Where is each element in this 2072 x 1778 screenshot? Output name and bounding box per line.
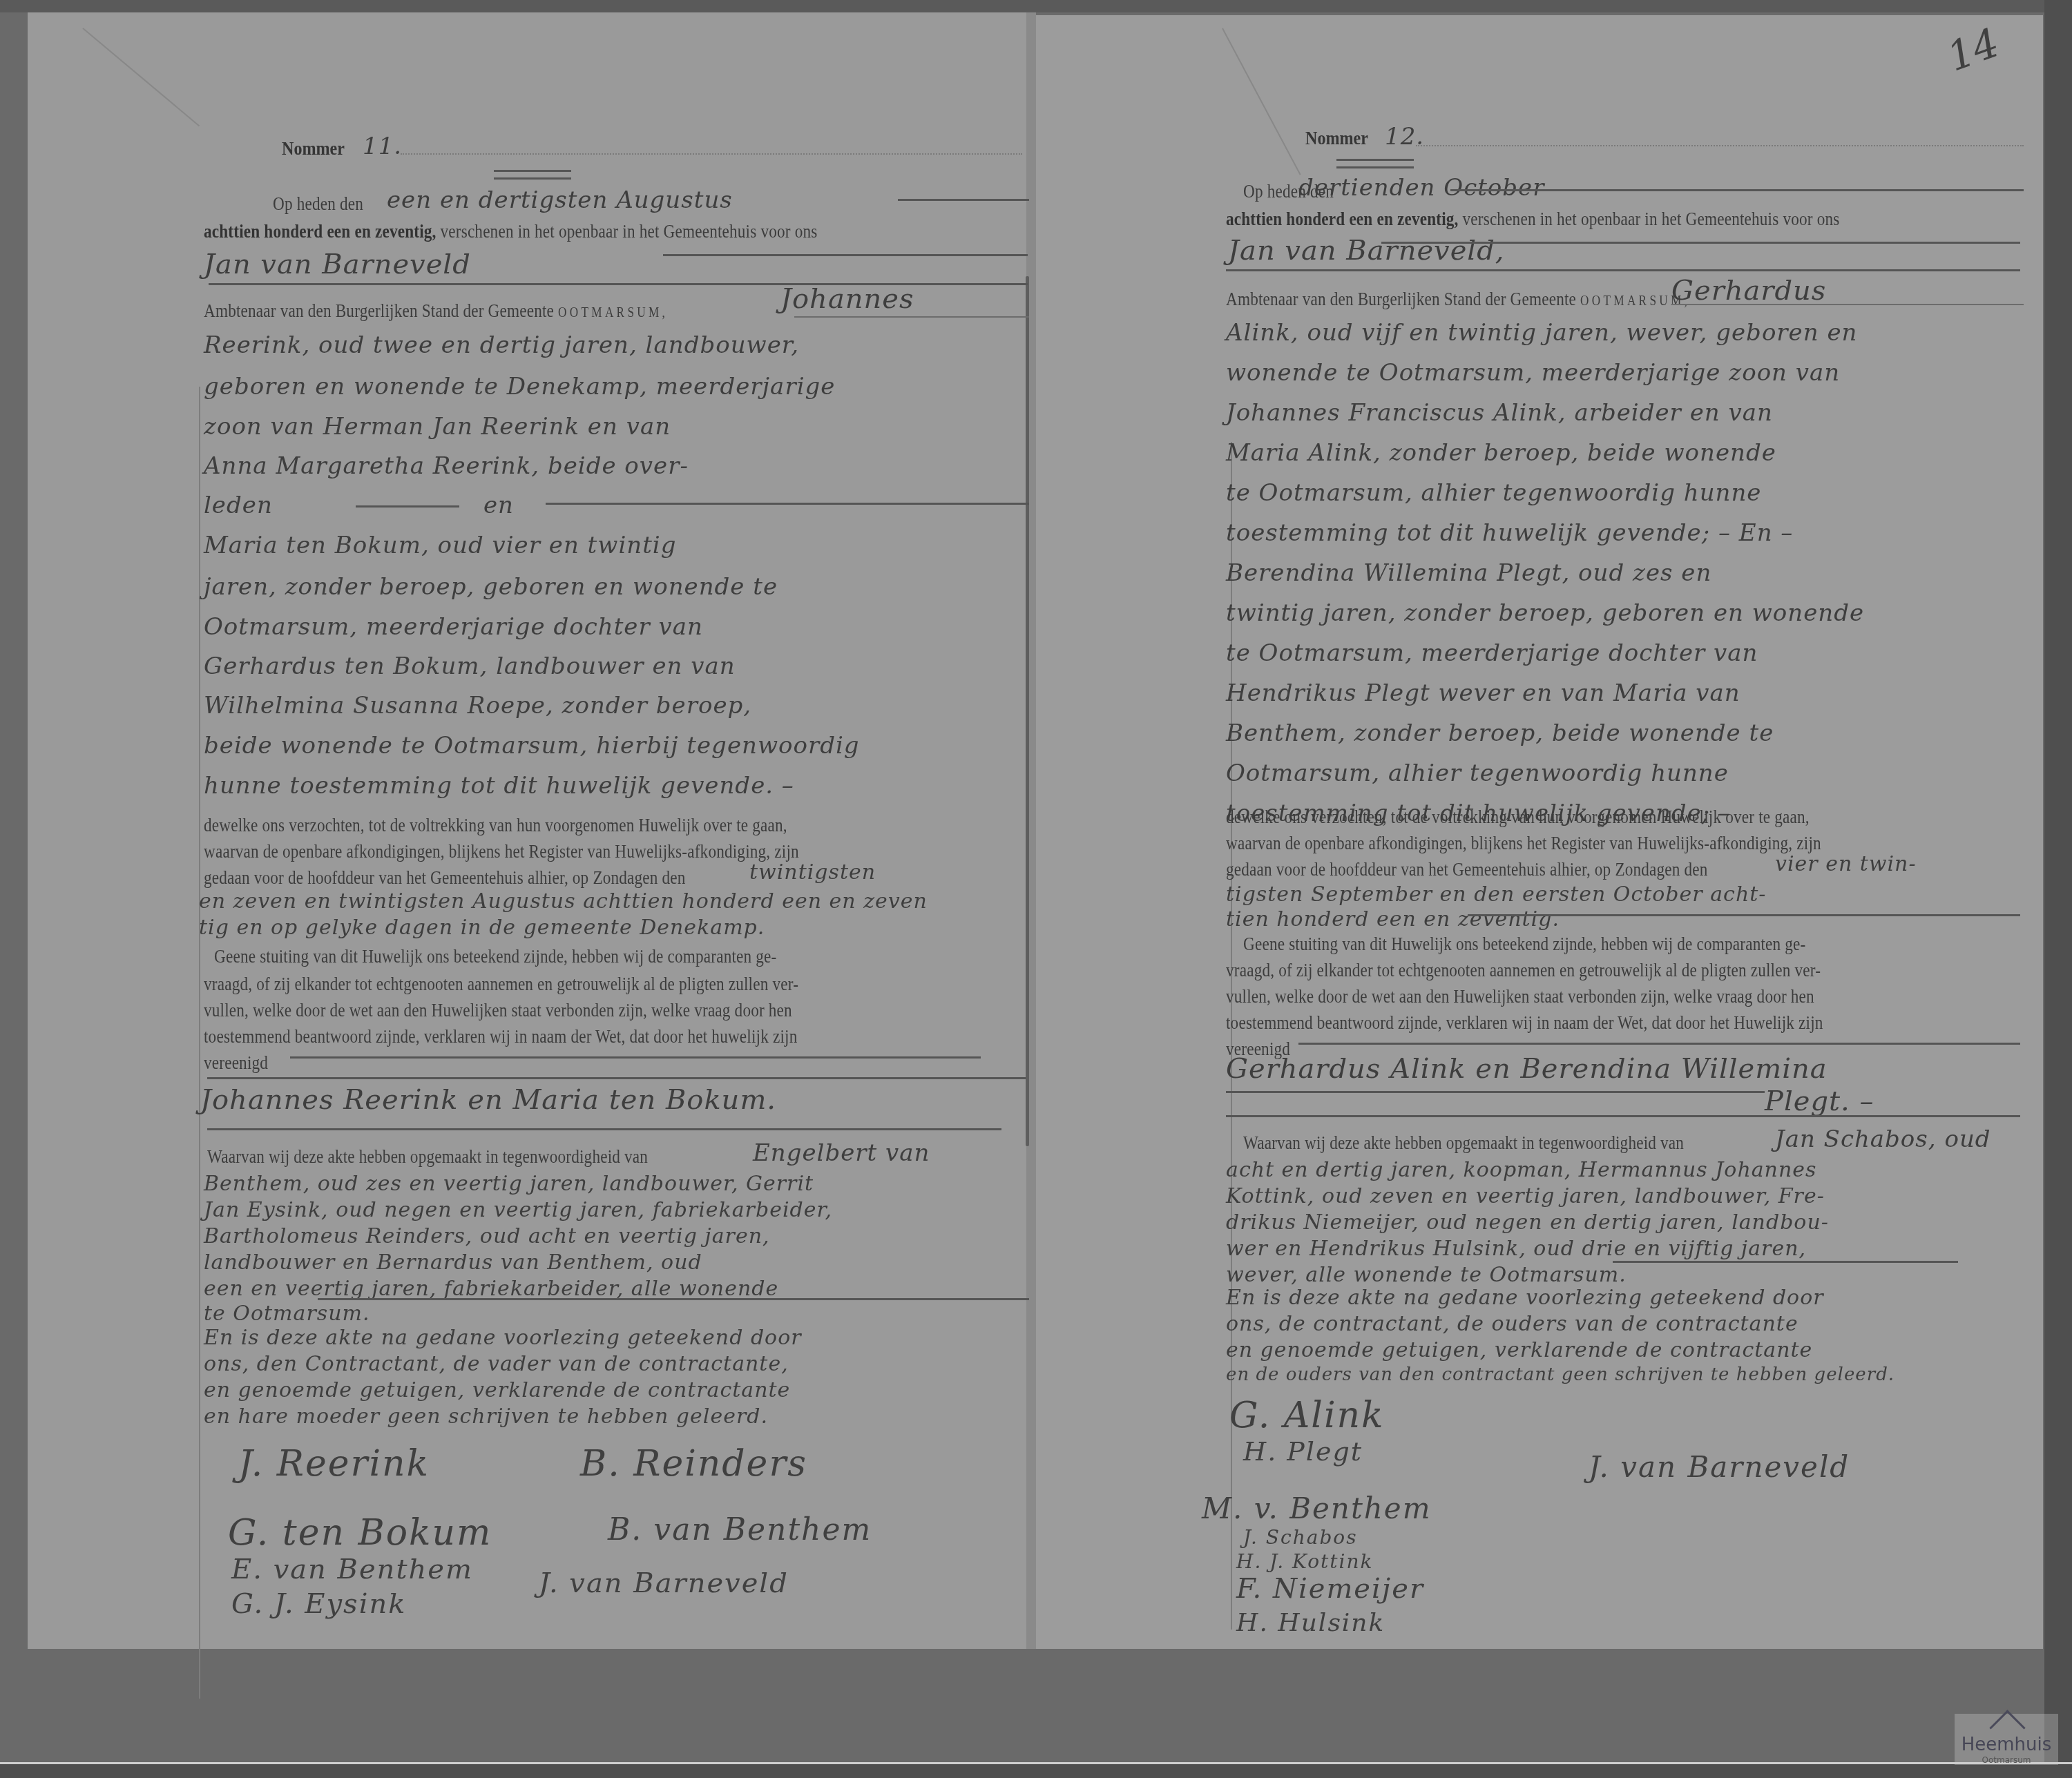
- printed-line: vullen, welke door de wet aan den Huweli…: [1226, 986, 1814, 1007]
- signature: H. Plegt: [1243, 1436, 1363, 1467]
- handwritten-line: Maria ten Bokum, oud vier en twintig: [204, 532, 676, 559]
- printed-line: vraagd, of zij elkander tot echtgenooten…: [204, 974, 798, 995]
- handwritten-line: en: [483, 492, 514, 519]
- handwritten-line: Reerink, oud twee en dertig jaren, landb…: [204, 331, 799, 359]
- year-bold: achttien honderd een en zeventig,: [204, 221, 437, 242]
- fill-rule: [1298, 1043, 2020, 1045]
- official-name: Jan van Barneveld: [204, 249, 471, 280]
- printed-line: Waarvan wij deze akte hebben opgemaakt i…: [207, 1146, 648, 1168]
- fill-rule: [207, 1077, 1026, 1079]
- signature: G. Alink: [1229, 1395, 1385, 1436]
- nummer-value: 11.: [363, 133, 402, 160]
- signature: F. Niemeijer: [1236, 1573, 1424, 1605]
- printed-line: Geene stuiting van dit Huwelijk ons bete…: [1243, 934, 1805, 955]
- printed-line: Waarvan wij deze akte hebben opgemaakt i…: [1243, 1132, 1684, 1154]
- scanner-top-edge: [0, 0, 2072, 12]
- ambtenaar-text: Ambtenaar van den Burgerlijken Stand der…: [204, 300, 554, 321]
- handwritten-line: een en veertig jaren, fabriekarbeider, a…: [204, 1277, 778, 1301]
- printed-line: dewelke ons verzochten, tot de voltrekki…: [204, 815, 787, 836]
- handwritten-line: wonende te Ootmarsum, meerderjarige zoon…: [1226, 359, 1840, 387]
- handwritten-line: Johannes Franciscus Alink, arbeider en v…: [1226, 399, 1773, 427]
- handwritten-line: tig en op gelyke dagen in de gemeente De…: [199, 916, 765, 940]
- signature: H. Hulsink: [1236, 1609, 1385, 1637]
- signature: J. Reerink: [238, 1443, 430, 1485]
- watermark-subtitle: Ootmarsum: [1955, 1755, 2058, 1765]
- year-line: achttien honderd een en zeventig, versch…: [1226, 209, 1839, 230]
- handwritten-line: leden: [204, 492, 273, 519]
- groom-first-name: Gerhardus: [1671, 275, 1826, 307]
- handwritten-line: twintigsten: [749, 860, 876, 885]
- scanner-right-edge: [2044, 0, 2072, 1762]
- handwritten-line: beide wonende te Ootmarsum, hierbij tege…: [204, 732, 860, 760]
- signature: B. van Benthem: [608, 1512, 872, 1547]
- handwritten-line: wer en Hendrikus Hulsink, oud drie en vi…: [1226, 1237, 1806, 1261]
- signature: B. Reinders: [580, 1443, 807, 1485]
- left-margin-line: [199, 387, 200, 1699]
- handwritten-line: Jan Eysink, oud negen en veertig jaren, …: [204, 1198, 832, 1222]
- underline: [794, 316, 1029, 318]
- handwritten-line: Kottink, oud zeven en veertig jaren, lan…: [1226, 1184, 1825, 1208]
- fill-rule: [1226, 269, 2020, 271]
- signature: J. van Barneveld: [539, 1567, 789, 1599]
- signature: G. ten Bokum: [228, 1512, 492, 1554]
- printed-line: waarvan de openbare afkondigingen, blijk…: [204, 841, 799, 862]
- printed-line: dewelke ons verzochten, tot de voltrekki…: [1226, 806, 1810, 828]
- watermark-name: Heemhuis: [1955, 1734, 2058, 1755]
- couple-names: Gerhardus Alink en Berendina Willemina: [1226, 1053, 1828, 1085]
- fill-rule: [1381, 242, 2020, 244]
- printed-line: vereenigd: [204, 1052, 268, 1074]
- handwritten-line: Jan Schabos, oud: [1775, 1125, 1991, 1153]
- printed-line: toestemmend beantwoord zijnde, verklaren…: [1226, 1012, 1823, 1034]
- binding-thread: [1026, 276, 1029, 1146]
- fill-rule: [663, 254, 1028, 256]
- printed-line: vraagd, of zij elkander tot echtgenooten…: [1226, 960, 1821, 981]
- handwritten-line: te Ootmarsum.: [204, 1302, 370, 1326]
- date-handwritten: dertienden October: [1298, 174, 1544, 202]
- handwritten-line: landbouwer en Bernardus van Benthem, oud: [204, 1250, 702, 1275]
- handwritten-line: ons, de contractant, de ouders van de co…: [1226, 1312, 1798, 1336]
- handwritten-line: Alink, oud vijf en twintig jaren, wever,…: [1226, 319, 1857, 347]
- signature: H. J. Kottink: [1236, 1550, 1374, 1573]
- nummer-label: Nommer: [1305, 128, 1368, 150]
- handwritten-line: en genoemde getuigen, verklarende de con…: [1226, 1338, 1812, 1362]
- signature: J. van Barneveld: [1589, 1450, 1850, 1484]
- fill-rule: [290, 1056, 981, 1059]
- dotted-line: [401, 153, 1022, 155]
- handwritten-line: Benthem, zonder beroep, beide wonende te: [1226, 719, 1774, 747]
- handwritten-line: wever, alle wonende te Ootmarsum.: [1226, 1263, 1627, 1287]
- printed-line: gedaan voor de hoofddeur van het Gemeent…: [204, 867, 686, 889]
- printed-line: vullen, welke door de wet aan den Huweli…: [204, 1000, 792, 1021]
- handwritten-line: Wilhelmina Susanna Roepe, zonder beroep,: [204, 692, 751, 719]
- handwritten-line: geboren en wonende te Denekamp, meerderj…: [204, 373, 835, 400]
- nummer-label: Nommer: [282, 138, 345, 160]
- fill-rule: [1226, 1091, 1765, 1093]
- handwritten-line: Berendina Willemina Plegt, oud zes en: [1226, 559, 1711, 587]
- right-page: [1036, 15, 2043, 1649]
- year-rest: verschenen in het openbaar in het Gemeen…: [1463, 209, 1840, 229]
- handwritten-line: acht en dertig jaren, koopman, Hermannus…: [1226, 1158, 1816, 1182]
- year-line: achttien honderd een en zeventig, versch…: [204, 221, 817, 242]
- printed-line: gedaan voor de hoofddeur van het Gemeent…: [1226, 859, 1708, 880]
- fill-rule: [1226, 1115, 2020, 1117]
- handwritten-line: Benthem, oud zes en veertig jaren, landb…: [204, 1172, 814, 1196]
- handwritten-line: Anna Margaretha Reerink, beide over-: [204, 452, 689, 480]
- handwritten-line: drikus Niemeijer, oud negen en dertig ja…: [1226, 1210, 1829, 1235]
- handwritten-line: en hare moeder geen schrijven te hebben …: [204, 1404, 768, 1429]
- underline: [1671, 304, 2024, 305]
- printed-line: Geene stuiting van dit Huwelijk ons bete…: [214, 946, 776, 967]
- signature: E. van Benthem: [231, 1554, 473, 1585]
- handwritten-line: en zeven en twintigsten Augustus achttie…: [199, 889, 928, 914]
- handwritten-line: Engelbert van: [753, 1139, 930, 1167]
- handwritten-line: Bartholomeus Reinders, oud acht en veert…: [204, 1224, 770, 1248]
- date-handwritten: een en dertigsten Augustus: [387, 186, 733, 214]
- handwritten-line: te Ootmarsum, alhier tegenwoordig hunne: [1226, 479, 1761, 507]
- op-heden-label: Op heden den: [273, 193, 363, 215]
- heemhuis-watermark-logo: Heemhuis Ootmarsum: [1955, 1714, 2058, 1765]
- fill-rule: [207, 1128, 1001, 1130]
- handwritten-line: Maria Alink, zonder beroep, beide wonend…: [1226, 439, 1776, 467]
- handwritten-line: hunne toestemming tot dit huwelijk geven…: [204, 772, 794, 800]
- ambtenaar-text: Ambtenaar van den Burgerlijken Stand der…: [1226, 289, 1576, 309]
- handwritten-line: twintig jaren, zonder beroep, geboren en…: [1226, 599, 1864, 627]
- handwritten-line: en de ouders van den contractant geen sc…: [1226, 1364, 1894, 1385]
- couple-names-continued: Plegt. –: [1765, 1085, 1874, 1117]
- fill-rule: [356, 505, 459, 508]
- handwritten-line: toestemming tot dit huwelijk gevende; – …: [1226, 519, 1793, 547]
- signature: J. Schabos: [1243, 1526, 1358, 1549]
- ambtenaar-line: Ambtenaar van den Burgerlijken Stand der…: [204, 300, 668, 322]
- separator-double-rule: [494, 170, 571, 180]
- separator-double-rule: [1336, 159, 1414, 168]
- ambtenaar-line: Ambtenaar van den Burgerlijken Stand der…: [1226, 289, 1690, 310]
- scanner-bottom-edge: [0, 1762, 2072, 1778]
- signature: M. v. Benthem: [1202, 1491, 1432, 1525]
- printed-line: waarvan de openbare afkondigingen, blijk…: [1226, 833, 1821, 854]
- handwritten-line: te Ootmarsum, meerderjarige dochter van: [1226, 639, 1758, 667]
- year-rest: verschenen in het openbaar in het Gemeen…: [441, 221, 818, 242]
- fill-rule: [1468, 914, 2020, 916]
- gemeente-name: OOTMARSUM,: [558, 305, 668, 320]
- year-bold: achttien honderd een en zeventig,: [1226, 209, 1459, 229]
- fill-rule: [898, 199, 1029, 201]
- handwritten-line: en genoemde getuigen, verklarende de con…: [204, 1378, 790, 1402]
- printed-line: toestemmend beantwoord zijnde, verklaren…: [204, 1026, 797, 1047]
- handwritten-line: ons, den Contractant, de vader van de co…: [204, 1352, 789, 1376]
- official-name: Jan van Barneveld,: [1228, 235, 1504, 267]
- handwritten-line: Gerhardus ten Bokum, landbouwer en van: [204, 653, 736, 680]
- fill-rule: [546, 503, 1029, 505]
- handwritten-line: Hendrikus Plegt wever en van Maria van: [1226, 679, 1740, 707]
- fill-rule: [1613, 1261, 1958, 1263]
- fill-rule: [318, 1298, 1029, 1300]
- handwritten-line: En is deze akte na gedane voorlezing get…: [1226, 1286, 1824, 1310]
- handwritten-line: Ootmarsum, alhier tegenwoordig hunne: [1226, 760, 1729, 787]
- handwritten-line: vier en twin-: [1775, 852, 1917, 876]
- handwritten-line: zoon van Herman Jan Reerink en van: [204, 413, 671, 441]
- dotted-line: [1416, 145, 2024, 146]
- nummer-value: 12.: [1385, 123, 1424, 151]
- handwritten-line: Ootmarsum, meerderjarige dochter van: [204, 613, 703, 641]
- groom-first-name: Johannes: [780, 283, 914, 315]
- handwritten-line: tien honderd een en zeventig.: [1226, 907, 1560, 931]
- handwritten-line: jaren, zonder beroep, geboren en wonende…: [204, 573, 778, 601]
- couple-names: Johannes Reerink en Maria ten Bokum.: [200, 1084, 776, 1116]
- signature: G. J. Eysink: [231, 1588, 406, 1620]
- fill-rule: [1450, 189, 2024, 191]
- handwritten-line: tigsten September en den eersten October…: [1226, 882, 1766, 907]
- handwritten-line: En is deze akte na gedane voorlezing get…: [204, 1326, 802, 1350]
